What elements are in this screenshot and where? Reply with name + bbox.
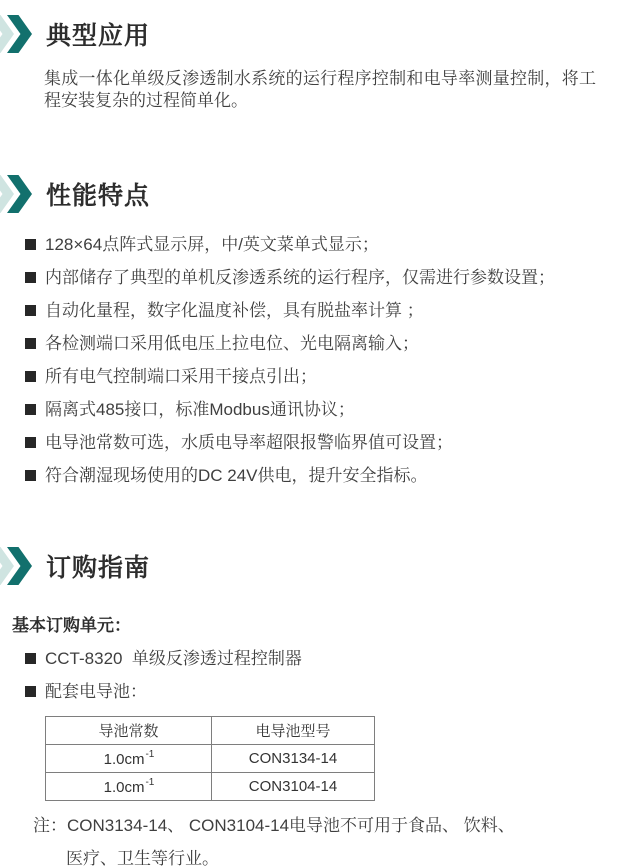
table-header-row: 导池常数 电导池型号: [46, 717, 375, 745]
cell-constant: 1.0cm-1: [46, 745, 212, 773]
bullet-square-icon: [25, 653, 36, 664]
feature-text: 所有电气控制端口采用干接点引出；: [45, 368, 317, 386]
cell-model: CON3134-14: [212, 745, 375, 773]
table-row: 1.0cm-1 CON3134-14: [46, 745, 375, 773]
order-unit-text: 配套电导池：: [45, 683, 147, 701]
cell-model: CON3104-14: [212, 773, 375, 801]
table-row: 1.0cm-1 CON3104-14: [46, 773, 375, 801]
bullet-square-icon: [25, 338, 36, 349]
list-item: 电导池常数可选，水质电导率超限报警临界值可设置；: [25, 434, 620, 452]
column-header-cell-constant: 导池常数: [46, 717, 212, 745]
section-features: 性能特点 128×64点阵式显示屏，中/英文菜单式显示； 内部储存了典型的单机反…: [0, 173, 620, 485]
list-item: CCT-8320 单级反渗透过程控制器: [25, 650, 620, 668]
double-chevron-icon: [0, 545, 38, 587]
list-item: 隔离式485接口，标准Modbus通讯协议；: [25, 401, 620, 419]
list-item: 自动化量程，数字化温度补偿，具有脱盐率计算 ；: [25, 302, 620, 320]
section-title: 性能特点: [46, 176, 150, 212]
bullet-square-icon: [25, 404, 36, 415]
section-ordering-guide: 订购指南 基本订购单元： CCT-8320 单级反渗透过程控制器 配套电导池： …: [0, 545, 620, 868]
double-chevron-icon: [0, 173, 38, 215]
note-line-1: 注：CON3134-14、 CON3104-14电导池不可用于食品、 饮料、: [33, 815, 620, 837]
feature-text: 符合潮湿现场使用的DC 24V供电，提升安全指标。: [45, 467, 428, 485]
feature-text: 自动化量程，数字化温度补偿，具有脱盐率计算 ；: [45, 302, 424, 320]
constant-value: 1.0cm: [104, 779, 145, 796]
ordering-guide-header: 订购指南: [0, 545, 620, 587]
product-datasheet-page: 典型应用 集成一体化单级反渗透制水系统的运行程序控制和电导率测量控制，将工程安装…: [0, 0, 620, 868]
list-item: 128×64点阵式显示屏，中/英文菜单式显示；: [25, 236, 620, 254]
typical-application-header: 典型应用: [0, 13, 620, 55]
bullet-square-icon: [25, 470, 36, 481]
feature-text: 电导池常数可选，水质电导率超限报警临界值可设置；: [45, 434, 453, 452]
features-header: 性能特点: [0, 173, 620, 215]
bullet-square-icon: [25, 686, 36, 697]
section-title: 典型应用: [46, 16, 150, 52]
bullet-square-icon: [25, 272, 36, 283]
feature-text: 各检测端口采用低电压上拉电位、光电隔离输入；: [45, 335, 419, 353]
double-chevron-icon: [0, 13, 38, 55]
bullet-square-icon: [25, 239, 36, 250]
column-header-cell-model: 电导池型号: [212, 717, 375, 745]
feature-text: 128×64点阵式显示屏，中/英文菜单式显示；: [45, 236, 379, 254]
constant-exponent: -1: [145, 777, 154, 788]
list-item: 所有电气控制端口采用干接点引出；: [25, 368, 620, 386]
order-unit-list: CCT-8320 单级反渗透过程控制器 配套电导池：: [25, 650, 620, 701]
bullet-square-icon: [25, 437, 36, 448]
feature-text: 内部储存了典型的单机反渗透系统的运行程序，仅需进行参数设置；: [45, 269, 555, 287]
list-item: 各检测端口采用低电压上拉电位、光电隔离输入；: [25, 335, 620, 353]
feature-text: 隔离式485接口，标准Modbus通讯协议；: [45, 401, 355, 419]
section-title: 订购指南: [46, 548, 150, 584]
bullet-square-icon: [25, 305, 36, 316]
constant-value: 1.0cm: [104, 751, 145, 768]
constant-exponent: -1: [145, 749, 154, 760]
basic-order-units-label: 基本订购单元：: [12, 611, 620, 636]
note-line-2: 医疗、卫生等行业。: [33, 848, 620, 868]
cell-constant: 1.0cm-1: [46, 773, 212, 801]
table-note: 注：CON3134-14、 CON3104-14电导池不可用于食品、 饮料、 医…: [33, 815, 620, 868]
list-item: 配套电导池：: [25, 683, 620, 701]
feature-list: 128×64点阵式显示屏，中/英文菜单式显示； 内部储存了典型的单机反渗透系统的…: [25, 236, 620, 485]
order-unit-text: CCT-8320 单级反渗透过程控制器: [45, 650, 302, 668]
list-item: 符合潮湿现场使用的DC 24V供电，提升安全指标。: [25, 467, 620, 485]
typical-application-body: 集成一体化单级反渗透制水系统的运行程序控制和电导率测量控制，将工程安装复杂的过程…: [44, 68, 596, 112]
list-item: 内部储存了典型的单机反渗透系统的运行程序，仅需进行参数设置；: [25, 269, 620, 287]
conductivity-cell-table: 导池常数 电导池型号 1.0cm-1 CON3134-14 1.0cm-1 CO…: [45, 716, 375, 801]
section-typical-application: 典型应用 集成一体化单级反渗透制水系统的运行程序控制和电导率测量控制，将工程安装…: [0, 0, 620, 112]
bullet-square-icon: [25, 371, 36, 382]
